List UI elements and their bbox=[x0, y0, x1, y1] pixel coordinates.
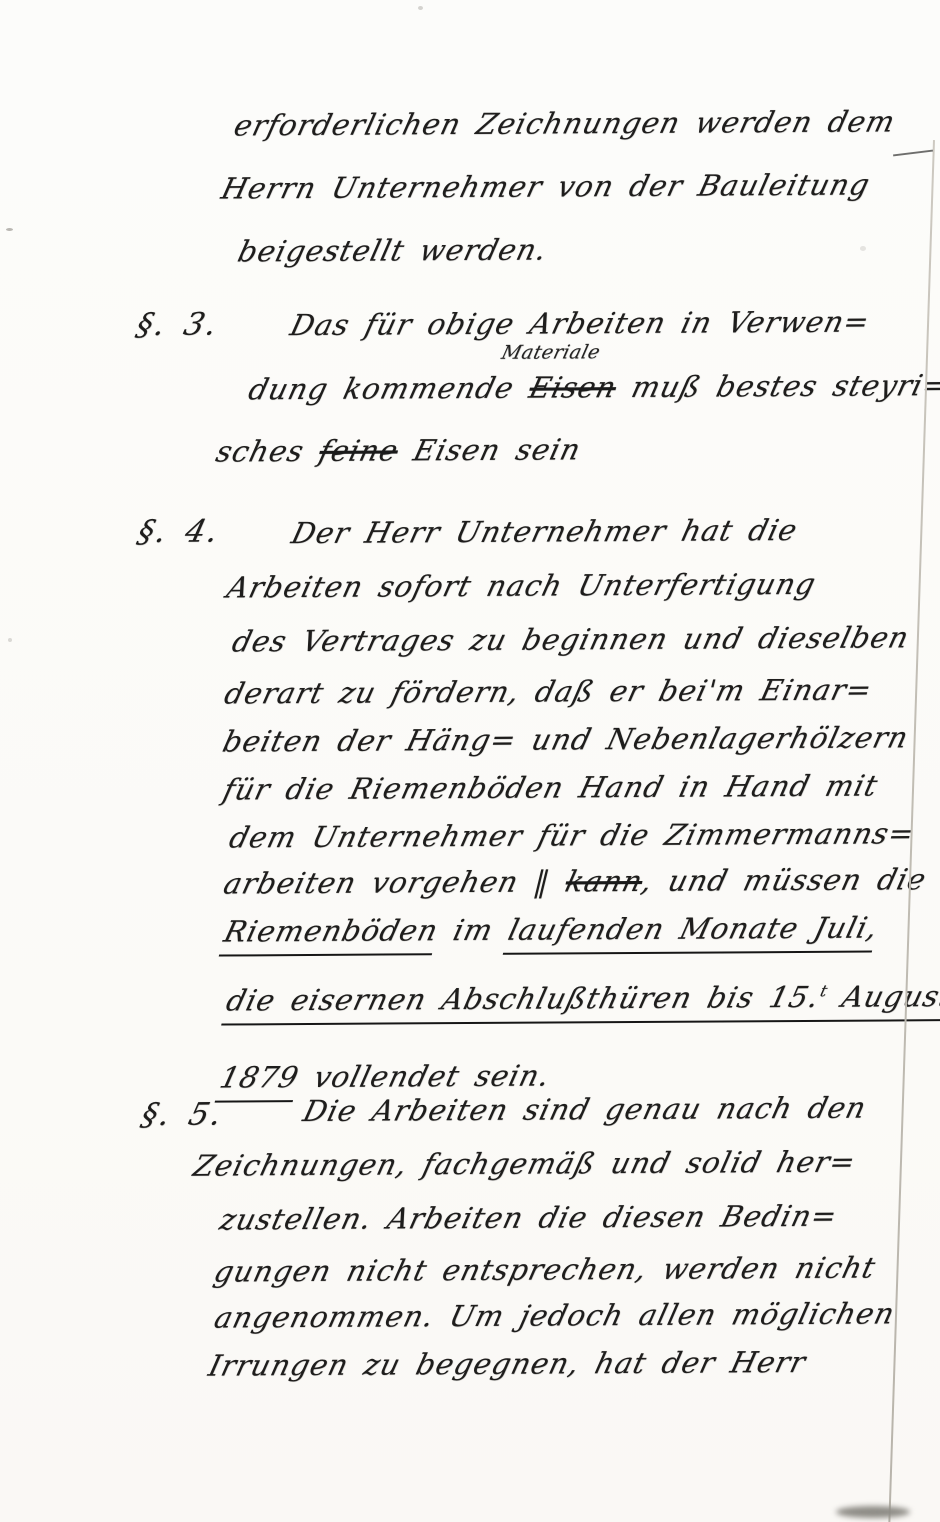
line-segment: vollendet sein. bbox=[294, 1058, 554, 1094]
line-segment: Eisen sein bbox=[394, 432, 585, 467]
handwriting-layer: erforderlichen Zeichnungen werden dem He… bbox=[0, 0, 940, 1522]
line-segment: die eisernen Abschlußthüren bis 15. bbox=[223, 980, 823, 1018]
line-segment: arbeiten vorgehen ‖ bbox=[220, 864, 570, 900]
handwritten-line: für die Riemenböden Hand in Hand mit bbox=[220, 771, 881, 804]
section-4-label: §. 4. bbox=[135, 517, 223, 549]
handwritten-line: Die Arbeiten sind genau nach den bbox=[300, 1094, 869, 1126]
handwritten-line: arbeiten vorgehen ‖ kann, und müssen die bbox=[221, 865, 930, 898]
handwritten-line: derart zu fördern, daß er bei'm Einar= bbox=[222, 676, 876, 709]
line-segment: muß bestes steyri= bbox=[612, 368, 940, 404]
inserted-word-above-line: Materiale bbox=[500, 343, 603, 363]
handwritten-line: die eisernen Abschlußthüren bis 15.t Aug… bbox=[224, 982, 940, 1015]
paper-speck bbox=[418, 6, 423, 10]
handwritten-line: Riemenböden im laufenden Monate Juli, bbox=[221, 913, 881, 946]
line-segment: dung kommende bbox=[245, 371, 534, 407]
section-5-label: §. 5. bbox=[138, 1099, 226, 1131]
line-segment: August bbox=[822, 979, 940, 1014]
handwritten-line: Arbeiten sofort nach Unterfertigung bbox=[224, 570, 819, 603]
handwritten-line: Der Herr Unternehmer hat die bbox=[289, 516, 801, 548]
underlined-phrase: Riemenböden bbox=[219, 913, 442, 956]
handwritten-line: zustellen. Arbeiten die diesen Bedin= bbox=[217, 1202, 840, 1235]
paper-speck bbox=[8, 638, 12, 642]
scan-smudge bbox=[836, 1506, 910, 1518]
handwritten-line: Zeichnungen, fachgemäß und solid her= bbox=[191, 1148, 859, 1181]
underlined-phrase: laufenden Monate Juli, bbox=[503, 910, 882, 954]
handwritten-line: sches feine Eisen sein bbox=[213, 435, 584, 466]
handwritten-line: beiten der Häng= und Nebenlagerhölzern bbox=[220, 723, 912, 756]
line-segment: , und müssen die bbox=[638, 862, 930, 898]
struck-word: feine bbox=[316, 433, 402, 468]
handwritten-line: dung kommende Eisen muß bestes steyri= bbox=[246, 371, 940, 404]
paper-speck bbox=[6, 228, 13, 231]
handwritten-line: Irrungen zu begegnen, hat der Herr bbox=[206, 1348, 809, 1381]
struck-word: Eisen bbox=[526, 370, 620, 405]
line-segment: sches bbox=[213, 434, 324, 469]
underlined-phrase: die eisernen Abschlußthüren bis 15.t Aug… bbox=[221, 979, 940, 1025]
section-3-label: §. 3. bbox=[133, 310, 221, 342]
handwritten-line: gungen nicht entsprechen, werden nicht bbox=[211, 1254, 878, 1287]
handwritten-line: erforderlichen Zeichnungen werden dem bbox=[231, 107, 898, 140]
handwritten-line: angenommen. Um jedoch allen möglichen bbox=[211, 1299, 897, 1332]
underlined-year: 1879 bbox=[215, 1060, 303, 1103]
handwritten-line: Herrn Unternehmer von der Bauleitung bbox=[219, 171, 873, 204]
struck-word: kann bbox=[562, 864, 646, 899]
handwritten-line: des Vertrages zu beginnen und dieselben bbox=[229, 623, 912, 656]
document-page: erforderlichen Zeichnungen werden dem He… bbox=[0, 0, 940, 1522]
handwritten-line: 1879 vollendet sein. bbox=[217, 1061, 553, 1092]
handwritten-line: Das für obige Arbeiten in Verwen= bbox=[287, 308, 872, 341]
paper-speck bbox=[860, 246, 866, 251]
handwritten-line: beigestellt werden. bbox=[235, 235, 550, 266]
line-segment: im bbox=[434, 913, 513, 947]
handwritten-line: dem Unternehmer für die Zimmermanns= bbox=[227, 819, 918, 852]
